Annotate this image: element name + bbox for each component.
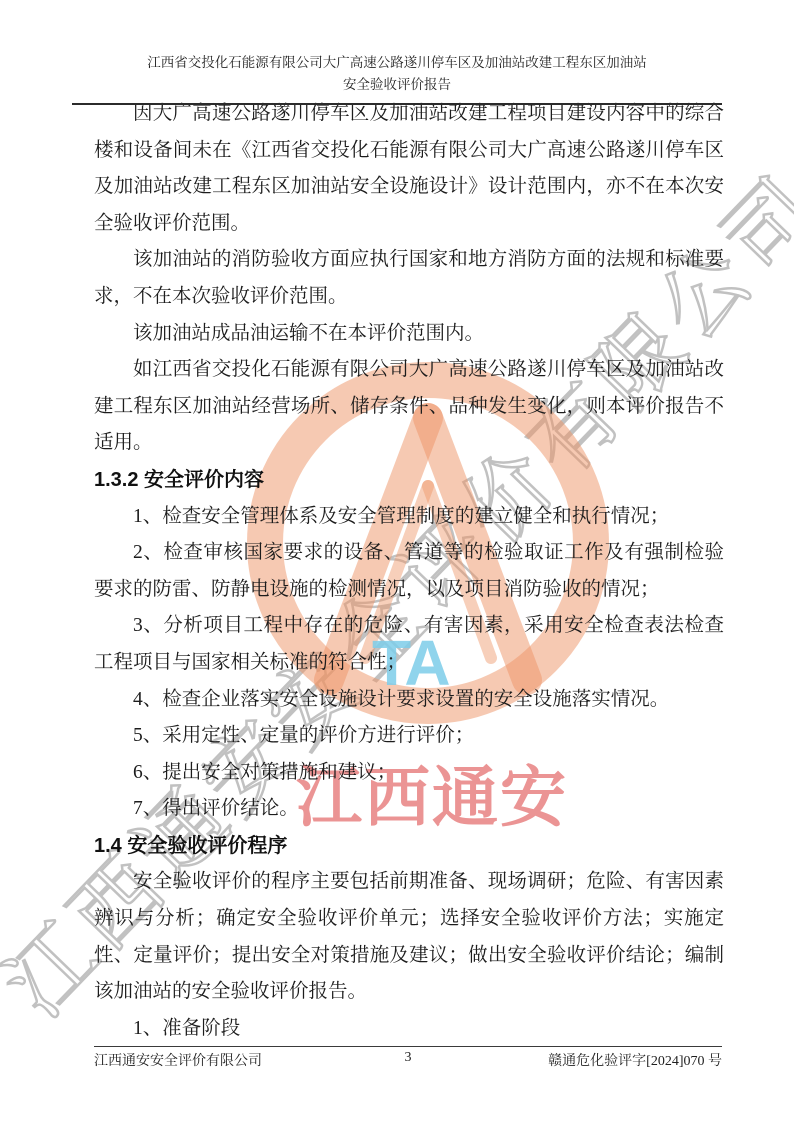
section-heading-1-4: 1.4 安全验收评价程序 [94,828,724,865]
list-item: 1、检查安全管理体系及安全管理制度的建立健全和执行情况； [94,499,724,536]
paragraph: 该加油站成品油运输不在本评价范围内。 [94,316,724,353]
document-body: 因大广高速公路遂川停车区及加油站改建工程项目建设内容中的综合楼和设备间未在《江西… [94,96,724,1047]
list-item: 5、采用定性、定量的评价方进行评价； [94,718,724,755]
list-item: 4、检查企业落实安全设施设计要求设置的安全设施落实情况。 [94,682,724,719]
section-heading-1-3-2: 1.3.2 安全评价内容 [94,462,724,499]
footer-divider [94,1046,722,1047]
list-item: 7、得出评价结论。 [94,791,724,828]
paragraph: 如江西省交投化石能源有限公司大广高速公路遂川停车区及加油站改建工程东区加油站经营… [94,352,724,462]
header-project-title: 江西省交投化石能源有限公司大广高速公路遂川停车区及加油站改建工程东区加油站 [72,52,722,74]
paragraph: 因大广高速公路遂川停车区及加油站改建工程项目建设内容中的综合楼和设备间未在《江西… [94,96,724,242]
paragraph: 该加油站的消防验收方面应执行国家和地方消防方面的法规和标准要求，不在本次验收评价… [94,242,724,315]
page-header: 江西省交投化石能源有限公司大广高速公路遂川停车区及加油站改建工程东区加油站 安全… [72,52,722,105]
paragraph: 1、准备阶段 [94,1011,724,1048]
list-item: 2、检查审核国家要求的设备、管道等的检验取证工作及有强制检验要求的防雷、防静电设… [94,535,724,608]
page-footer: 江西通安安全评价有限公司 3 赣通危化验评字[2024]070 号 [94,1050,722,1072]
paragraph: 安全验收评价的程序主要包括前期准备、现场调研；危险、有害因素辨识与分析；确定安全… [94,864,724,1010]
header-report-title: 安全验收评价报告 [72,74,722,96]
list-item: 6、提出安全对策措施和建议； [94,755,724,792]
footer-doc-number: 赣通危化验评字[2024]070 号 [548,1050,722,1070]
list-item: 3、分析项目工程中存在的危险、有害因素，采用安全检查表法检查工程项目与国家相关标… [94,608,724,681]
document-page: 江西通安安全评价有限公司 TA 江西通安 江西省交投化石能源有限公司大广高速公路… [0,0,794,1123]
